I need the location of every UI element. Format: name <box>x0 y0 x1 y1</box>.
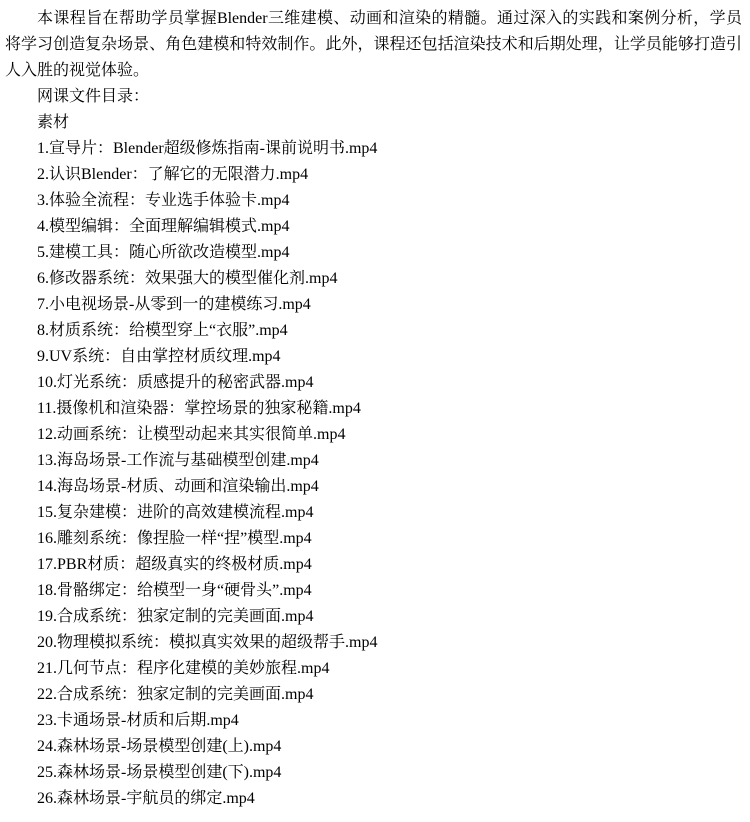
list-item: 8.材质系统：给模型穿上“衣服”.mp4 <box>5 318 742 344</box>
list-item: 16.雕刻系统：像捏脸一样“捏”模型.mp4 <box>5 526 742 552</box>
list-item: 20.物理模拟系统：模拟真实效果的超级帮手.mp4 <box>5 630 742 656</box>
list-item: 19.合成系统：独家定制的完美画面.mp4 <box>5 604 742 630</box>
list-item: 4.模型编辑：全面理解编辑模式.mp4 <box>5 214 742 240</box>
list-item: 21.几何节点：程序化建模的美妙旅程.mp4 <box>5 656 742 682</box>
list-item: 7.小电视场景-从零到一的建模练习.mp4 <box>5 292 742 318</box>
list-item: 17.PBR材质：超级真实的终极材质.mp4 <box>5 552 742 578</box>
list-item: 13.海岛场景-工作流与基础模型创建.mp4 <box>5 448 742 474</box>
list-item: 26.森林场景-宇航员的绑定.mp4 <box>5 786 742 812</box>
list-item: 11.摄像机和渲染器：掌控场景的独家秘籍.mp4 <box>5 396 742 422</box>
list-item: 14.海岛场景-材质、动画和渲染输出.mp4 <box>5 474 742 500</box>
list-item: 1.宣导片：Blender超级修炼指南-课前说明书.mp4 <box>5 136 742 162</box>
list-item: 25.森林场景-场景模型创建(下).mp4 <box>5 760 742 786</box>
list-item: 12.动画系统：让模型动起来其实很简单.mp4 <box>5 422 742 448</box>
list-item: 23.卡通场景-材质和后期.mp4 <box>5 708 742 734</box>
list-item: 6.修改器系统：效果强大的模型催化剂.mp4 <box>5 266 742 292</box>
list-item: 9.UV系统：自由掌控材质纹理.mp4 <box>5 344 742 370</box>
list-item: 5.建模工具：随心所欲改造模型.mp4 <box>5 240 742 266</box>
directory-heading: 网课文件目录： <box>5 84 742 110</box>
list-item: 22.合成系统：独家定制的完美画面.mp4 <box>5 682 742 708</box>
list-item: 18.骨骼绑定：给模型一身“硬骨头”.mp4 <box>5 578 742 604</box>
list-item: 3.体验全流程：专业选手体验卡.mp4 <box>5 188 742 214</box>
intro-paragraph: 本课程旨在帮助学员掌握Blender三维建模、动画和渲染的精髓。通过深入的实践和… <box>5 6 742 84</box>
list-item: 2.认识Blender：了解它的无限潜力.mp4 <box>5 162 742 188</box>
document-page: 本课程旨在帮助学员掌握Blender三维建模、动画和渲染的精髓。通过深入的实践和… <box>0 0 750 822</box>
list-item: 15.复杂建模：进阶的高效建模流程.mp4 <box>5 500 742 526</box>
materials-label: 素材 <box>5 110 742 136</box>
list-item: 24.森林场景-场景模型创建(上).mp4 <box>5 734 742 760</box>
list-item: 10.灯光系统：质感提升的秘密武器.mp4 <box>5 370 742 396</box>
